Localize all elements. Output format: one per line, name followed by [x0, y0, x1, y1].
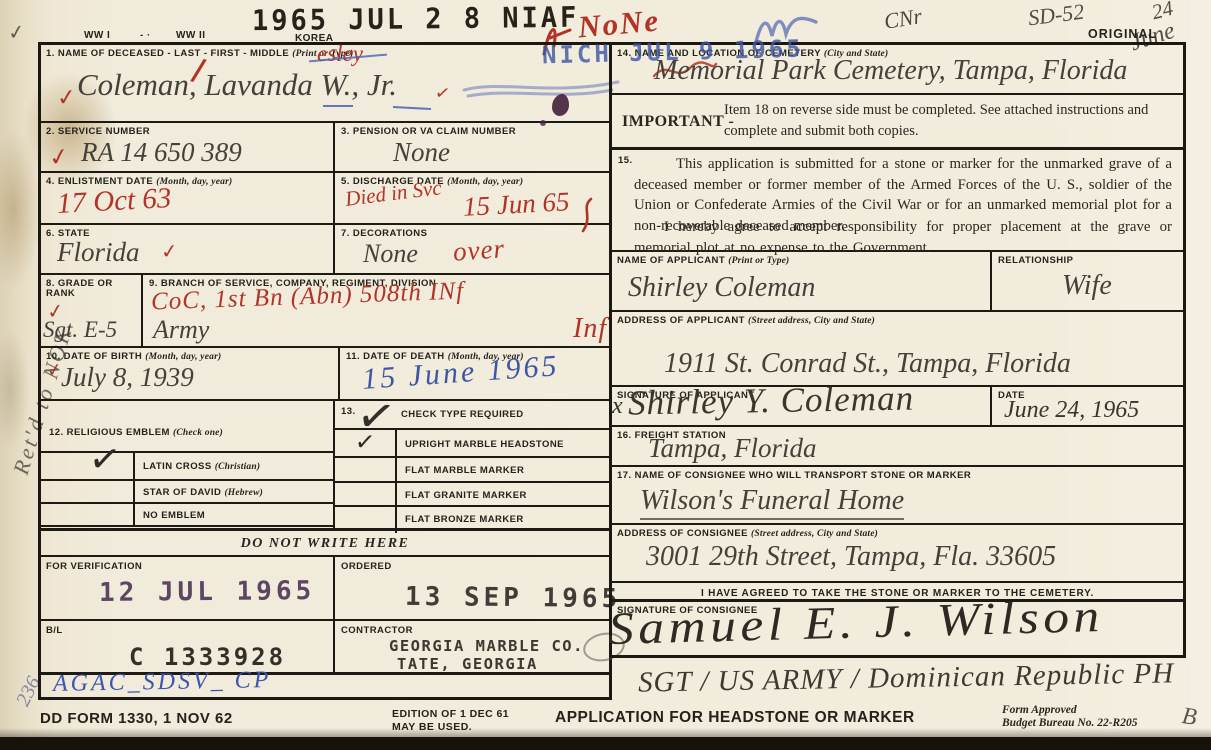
decorations-over-note: over	[452, 233, 506, 268]
field-applicant-name: NAME OF APPLICANT (Print or Type) Shirle…	[612, 252, 990, 312]
field-name-of-deceased: 1. NAME OF DECEASED - LAST - FIRST - MID…	[41, 45, 609, 123]
deceased-name-value: Coleman, Lavanda W., Jr.	[77, 67, 397, 103]
paper-stain	[0, 130, 41, 290]
war-label-ww1: WW I	[84, 30, 110, 41]
pencil-b-note: B	[1180, 703, 1198, 732]
field12-label-italic: (Check one)	[173, 428, 223, 438]
applicant-signature-value: Shirley Y. Coleman	[628, 379, 915, 424]
type-option-row: FLAT BRONZE MARKER	[335, 505, 609, 531]
field-date-of-birth: 10. DATE OF BIRTH (Month, day, year) ✓ J…	[41, 348, 338, 401]
field13-number: 13.	[341, 406, 356, 417]
red-check-icon: ✓	[47, 141, 72, 172]
field-for-verification: FOR VERIFICATION 12 JUL 1965	[41, 557, 333, 621]
field17-label: 17. NAME OF CONSIGNEE WHO WILL TRANSPORT…	[617, 470, 971, 481]
emblem-option-label: NO EMBLEM	[143, 510, 205, 521]
field3-label: 3. PENSION OR VA CLAIM NUMBER	[341, 126, 516, 137]
pencil-check-top-left: ✓	[6, 19, 26, 45]
field-applicant-signature: SIGNATURE OF APPLICANT x Shirley Y. Cole…	[612, 387, 990, 427]
field13-title: CHECK TYPE REQUIRED	[401, 409, 524, 420]
date-value: June 24, 1965	[1004, 397, 1139, 424]
field-discharge-date: 5. DISCHARGE DATE (Month, day, year) Die…	[333, 173, 609, 225]
do-not-write-text: DO NOT WRITE HERE	[241, 536, 410, 551]
form-right-column: 14. NAME AND LOCATION OF CEMETERY (City …	[609, 42, 1186, 658]
contractor-city-stamp: TATE, GEORGIA	[397, 655, 538, 673]
field2-label: 2. SERVICE NUMBER	[46, 126, 150, 137]
consignee-name-value: Wilson's Funeral Home	[640, 485, 904, 520]
applicant-address-value: 1911 St. Conrad St., Tampa, Florida	[664, 348, 1071, 380]
bottom-scan-edge	[0, 737, 1211, 750]
grade-rank-value: Sgt. E-5	[43, 317, 117, 343]
decorations-value: None	[363, 239, 418, 269]
scanned-form-page: ✓ WW I - · WW II KOREA 1965 JUL 2 8 NIAF…	[0, 0, 1211, 750]
form-left-column: 1. NAME OF DECEASED - LAST - FIRST - MID…	[38, 42, 612, 700]
field-applicant-address: ADDRESS OF APPLICANT (Street address, Ci…	[612, 312, 1183, 387]
field12-label: 12. RELIGIOUS EMBLEM	[49, 427, 170, 438]
applicant-name-value: Shirley Coleman	[628, 272, 815, 304]
field-date: DATE June 24, 1965	[990, 387, 1183, 427]
type-option-label: UPRIGHT MARBLE HEADSTONE	[405, 439, 564, 450]
emblem-option-label-italic: (Hebrew)	[224, 488, 263, 498]
state-value: Florida	[57, 237, 140, 268]
field-service-number: 2. SERVICE NUMBER ✓ RA 14 650 389	[41, 123, 333, 173]
pencil-sd52-note: SD-52	[1027, 0, 1086, 31]
blue-underline-jr	[393, 106, 431, 110]
important-label: IMPORTANT -	[622, 113, 734, 131]
emblem-option-row: NO EMBLEM	[41, 502, 333, 527]
ink-blot-small	[540, 120, 546, 126]
field-ordered: ORDERED 13 SEP 1965	[333, 557, 609, 621]
emblem-option-row: STAR OF DAVID (Hebrew)	[41, 479, 333, 502]
field-enlistment-date: 4. ENLISTMENT DATE (Month, day, year) 17…	[41, 173, 333, 225]
ordered-date-stamp: 13 SEP 1965	[405, 582, 621, 614]
field-bl: B/L C 1333928	[41, 621, 333, 675]
form-title: APPLICATION FOR HEADSTONE OR MARKER	[555, 709, 915, 727]
discharge-date-value: 15 Jun 65	[462, 186, 570, 223]
field5-label-italic: (Month, day, year)	[447, 177, 523, 187]
field-state: 6. STATE Florida ✓	[41, 225, 333, 275]
field-pension-number: 3. PENSION OR VA CLAIM NUMBER None	[333, 123, 609, 173]
agac-note-strip: AGAC_SDSV_ CP	[41, 675, 609, 697]
emblem-option-row: ✓ LATIN CROSS (Christian)	[41, 451, 333, 479]
consignee-address-label-italic: (Street address, City and State)	[751, 529, 878, 539]
war-tick-marks: - ·	[140, 30, 151, 41]
field10-label-italic: (Month, day, year)	[145, 352, 221, 362]
red-check-icon: ✓	[160, 238, 179, 263]
applicant-name-label-italic: (Print or Type)	[728, 256, 789, 266]
freight-station-value: Tampa, Florida	[648, 433, 817, 464]
contractor-name-stamp: GEORGIA MARBLE CO.	[389, 637, 584, 655]
enlistment-date-value: 17 Oct 63	[56, 182, 172, 221]
pencil-cnr-note: CNr	[882, 3, 924, 35]
verification-label: FOR VERIFICATION	[46, 561, 142, 572]
verification-date-stamp: 12 JUL 1965	[99, 576, 315, 608]
field-branch-of-service: 9. BRANCH OF SERVICE, COMPANY, REGIMENT,…	[141, 275, 609, 348]
ordered-label: ORDERED	[341, 561, 392, 572]
field-decorations: 7. DECORATIONS None over	[333, 225, 609, 275]
important-notice: IMPORTANT - Item 18 on reverse side must…	[612, 95, 1183, 150]
red-check-icon: ✓	[56, 84, 78, 112]
field-relationship: RELATIONSHIP Wife	[990, 252, 1183, 312]
branch-army-value: Army	[153, 315, 209, 345]
consignee-address-value: 3001 29th Street, Tampa, Fla. 33605	[646, 541, 1056, 573]
type-option-label: FLAT GRANITE MARKER	[405, 490, 527, 501]
agac-routing-note: AGAC_SDSV_ CP	[53, 667, 272, 698]
field1-label: 1. NAME OF DECEASED - LAST - FIRST - MID…	[46, 48, 289, 59]
service-number-value: RA 14 650 389	[81, 137, 242, 168]
edition-note-line2: MAY BE USED.	[392, 721, 472, 733]
relationship-value: Wife	[1062, 270, 1112, 302]
branch-inf-note: Inf	[573, 313, 607, 345]
emblem-option-label: LATIN CROSS	[143, 461, 212, 472]
applicant-address-label: ADDRESS OF APPLICANT	[617, 315, 745, 326]
field-consignee-signature: SIGNATURE OF CONSIGNEE Samuel E. J. Wils…	[612, 602, 1183, 655]
important-text: Item 18 on reverse side must be complete…	[724, 100, 1164, 141]
relationship-label: RELATIONSHIP	[998, 255, 1073, 266]
field7-label: 7. DECORATIONS	[341, 228, 427, 239]
sgt-army-annotation: SGT / US ARMY / Dominican Republic PH	[638, 657, 1175, 699]
consignee-address-label: ADDRESS OF CONSIGNEE	[617, 528, 748, 539]
applicant-address-label-italic: (Street address, City and State)	[748, 316, 875, 326]
bottom-scan-edge-fade	[0, 728, 1211, 737]
field15-number: 15.	[618, 155, 633, 166]
field-consignee-address: ADDRESS OF CONSIGNEE (Street address, Ci…	[612, 525, 1183, 583]
red-tail-scribble-icon	[573, 197, 599, 233]
form-number: DD FORM 1330, 1 NOV 62	[40, 710, 233, 727]
form-approved-line1: Form Approved	[1002, 704, 1077, 716]
type-option-row: FLAT GRANITE MARKER	[335, 481, 609, 505]
war-label-ww2: WW II	[176, 30, 205, 41]
type-option-row: FLAT MARBLE MARKER	[335, 456, 609, 481]
original-label: ORIGINAL	[1088, 27, 1157, 41]
field-religious-emblem-and-type: 12. RELIGIOUS EMBLEM (Check one) ✓ LATIN…	[41, 401, 609, 531]
field-grade-rank: 8. GRADE OR RANK ✓ Sgt. E-5	[41, 275, 141, 348]
type-option-label: FLAT MARBLE MARKER	[405, 465, 524, 476]
applicant-x-mark: x	[612, 393, 623, 420]
name-correction-esley: esley	[317, 41, 363, 67]
edition-note-line1: EDITION OF 1 DEC 61	[392, 708, 509, 720]
birth-date-value: July 8, 1939	[61, 362, 194, 393]
field-contractor: CONTRACTOR GEORGIA MARBLE CO. TATE, GEOR…	[333, 621, 609, 675]
field-certification: 15. This application is submitted for a …	[612, 150, 1183, 252]
bl-label: B/L	[46, 625, 63, 636]
applicant-name-label: NAME OF APPLICANT	[617, 255, 725, 266]
form-approved-line2: Budget Bureau No. 22-R205	[1002, 717, 1137, 729]
blue-underline-w	[323, 105, 353, 107]
emblem-option-label: STAR OF DAVID	[143, 487, 221, 498]
pension-value: None	[393, 137, 450, 168]
received-date-stamp: 1965 JUL 2 8 NIAF	[252, 2, 580, 38]
field-consignee-name: 17. NAME OF CONSIGNEE WHO WILL TRANSPORT…	[612, 467, 1183, 525]
do-not-write-banner: DO NOT WRITE HERE	[41, 531, 609, 557]
emblem-option-label-italic: (Christian)	[215, 462, 261, 472]
field-freight-station: 16. FREIGHT STATION Tampa, Florida	[612, 427, 1183, 467]
red-check-small-icon: ✓	[433, 82, 452, 105]
type-option-label: FLAT BRONZE MARKER	[405, 514, 524, 525]
contractor-label: CONTRACTOR	[341, 625, 413, 636]
emblem-check-icon: ✓	[86, 435, 124, 483]
